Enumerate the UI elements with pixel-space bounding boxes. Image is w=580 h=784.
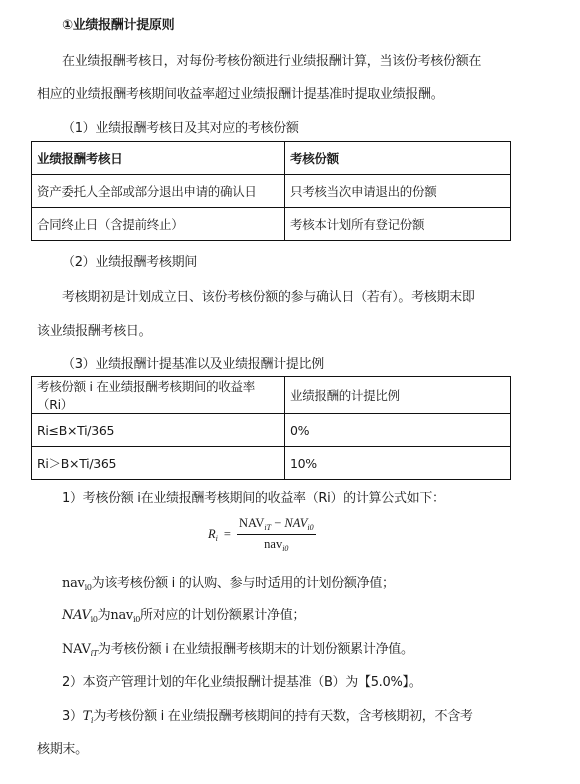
table-cell: 考核本计划所有登记份额	[285, 208, 511, 241]
formula-lhs: Ri	[208, 527, 218, 543]
section-heading: ①业绩报酬计提原则	[62, 14, 174, 33]
table-header-cell: 考核份额 i 在业绩报酬考核期间的收益率（Ri）	[32, 377, 285, 414]
table-header-row: 考核份额 i 在业绩报酬考核期间的收益率（Ri） 业绩报酬的计提比例	[32, 377, 511, 414]
note3-line1: 3）Ti为考核份额 i 在业绩报酬考核期间的持有天数，含考核期初，不含考	[62, 705, 473, 725]
definition-nav-i0: navi0为该考核份额 i 的认购、参与时适用的计划份额净值；	[62, 572, 395, 592]
section2-title: （2）业绩报酬考核期间	[62, 251, 197, 270]
formula-numerator: NAViT − NAVi0	[237, 516, 316, 535]
section2-line2: 该业绩报酬考核日。	[37, 320, 151, 339]
table-row: Ri≤B×Ti/365 0%	[32, 414, 511, 447]
table-cell: 合同终止日（含提前终止）	[32, 208, 285, 241]
table-header-cell: 业绩报酬的计提比例	[285, 377, 511, 414]
table-header-cell: 业绩报酬考核日	[32, 142, 285, 175]
definition-NAV-iT: NAViT为考核份额 i 在业绩报酬考核期末的计划份额累计净值。	[62, 638, 414, 658]
section3-title: （3）业绩报酬计提基准以及业绩报酬计提比例	[62, 353, 324, 372]
table-cell: 资产委托人全部或部分退出申请的确认日	[32, 175, 285, 208]
table-header-cell: 考核份额	[285, 142, 511, 175]
definition-NAV-i0: NAVi0为navi0所对应的计划份额累计净值；	[62, 604, 305, 624]
table-cell: Ri＞B×Ti/365	[32, 447, 285, 480]
table-row: 资产委托人全部或部分退出申请的确认日 只考核当次申请退出的份额	[32, 175, 511, 208]
table-row: Ri＞B×Ti/365 10%	[32, 447, 511, 480]
return-rate-formula: Ri = NAViT − NAVi0 navi0	[208, 516, 316, 553]
note1-text: 1）考核份额 i在业绩报酬考核期间的收益率（Ri）的计算公式如下：	[62, 487, 445, 506]
note3-line2: 核期末。	[37, 738, 88, 757]
assessment-date-table: 业绩报酬考核日 考核份额 资产委托人全部或部分退出申请的确认日 只考核当次申请退…	[31, 141, 511, 241]
table-cell: 10%	[285, 447, 511, 480]
table-cell: Ri≤B×Ti/365	[32, 414, 285, 447]
section1-title: （1）业绩报酬考核日及其对应的考核份额	[62, 117, 299, 136]
intro-paragraph-line1: 在业绩报酬考核日，对每份考核份额进行业绩报酬计算，当该份考核份额在	[62, 50, 481, 69]
formula-equals: =	[224, 527, 231, 542]
intro-paragraph-line2: 相应的业绩报酬考核期间收益率超过业绩报酬计提基准时提取业绩报酬。	[37, 83, 443, 102]
table-cell: 只考核当次申请退出的份额	[285, 175, 511, 208]
section2-line1: 考核期初是计划成立日、该份考核份额的参与确认日（若有）。考核期末即	[62, 286, 475, 305]
table-header-row: 业绩报酬考核日 考核份额	[32, 142, 511, 175]
table-row: 合同终止日（含提前终止） 考核本计划所有登记份额	[32, 208, 511, 241]
table-cell: 0%	[285, 414, 511, 447]
formula-denominator: navi0	[264, 535, 288, 553]
formula-fraction: NAViT − NAVi0 navi0	[237, 516, 316, 553]
accrual-ratio-table: 考核份额 i 在业绩报酬考核期间的收益率（Ri） 业绩报酬的计提比例 Ri≤B×…	[31, 376, 511, 480]
note2-text: 2）本资产管理计划的年化业绩报酬计提基准（B）为【5.0%】。	[62, 671, 421, 690]
